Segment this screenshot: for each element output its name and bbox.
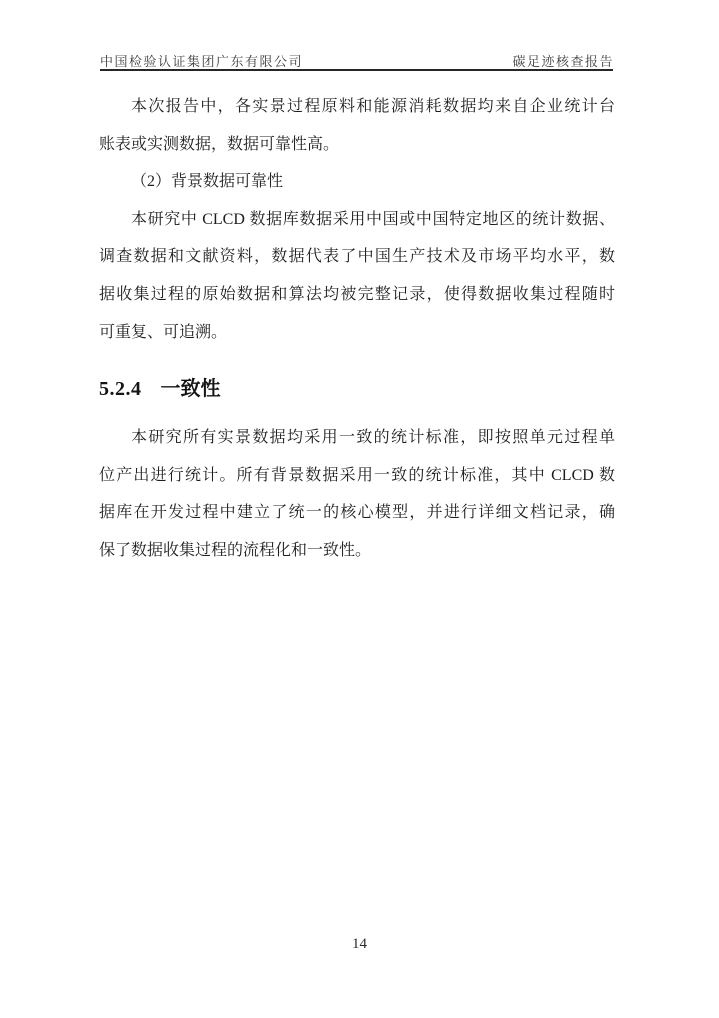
paragraph-line: 本次报告中，各实景过程原料和能源消耗数据均来自企业统计台: [99, 88, 615, 126]
document-page: 中国检验认证集团广东有限公司 碳足迹核查报告 本次报告中，各实景过程原料和能源消…: [0, 0, 719, 1018]
page-footer: 14: [0, 936, 719, 953]
paragraph-line: 据收集过程的原始数据和算法均被完整记录，使得数据收集过程随时: [99, 276, 615, 314]
section-number: 5.2.4: [99, 378, 142, 400]
section-title: 一致性: [161, 378, 221, 400]
header-company: 中国检验认证集团广东有限公司: [100, 51, 303, 70]
page-number: 14: [352, 936, 367, 952]
paragraph-line: 调查数据和文献资料，数据代表了中国生产技术及市场平均水平，数: [99, 238, 615, 276]
list-item-heading: （2）背景数据可靠性: [99, 163, 615, 201]
header-divider: [100, 69, 613, 71]
paragraph: 本研究所有实景数据均采用一致的统计标准，即按照单元过程单 位产出进行统计。所有背…: [99, 419, 615, 569]
paragraph-line: 账表或实测数据，数据可靠性高。: [99, 126, 615, 164]
paragraph-line: 据库在开发过程中建立了统一的核心模型，并进行详细文档记录，确: [99, 494, 615, 532]
paragraph-line: 可重复、可追溯。: [99, 314, 615, 352]
section-heading: 5.2.4 一致性: [99, 369, 615, 409]
paragraph-line: 本研究中 CLCD 数据库数据采用中国或中国特定地区的统计数据、: [99, 201, 615, 239]
header-report-title: 碳足迹核查报告: [512, 51, 614, 70]
paragraph-line: 位产出进行统计。所有背景数据采用一致的统计标准，其中 CLCD 数: [99, 457, 615, 495]
paragraph-line: 本研究所有实景数据均采用一致的统计标准，即按照单元过程单: [99, 419, 615, 457]
paragraph-line: 保了数据收集过程的流程化和一致性。: [99, 532, 615, 570]
page-header: 中国检验认证集团广东有限公司 碳足迹核查报告: [100, 51, 614, 70]
document-body: 本次报告中，各实景过程原料和能源消耗数据均来自企业统计台 账表或实测数据，数据可…: [99, 88, 615, 570]
